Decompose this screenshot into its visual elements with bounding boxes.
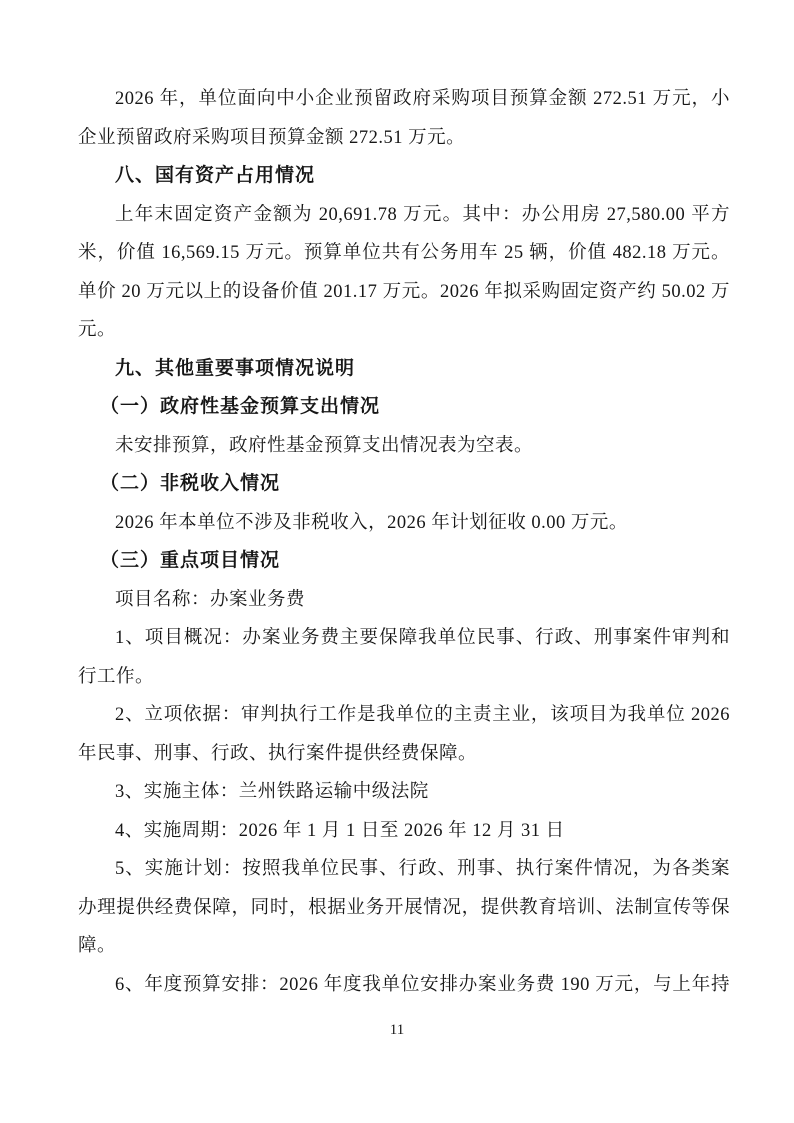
subheading-gov-fund-budget: （一）政府性基金预算支出情况: [78, 388, 730, 427]
section-heading-other-matters: 九、其他重要事项情况说明: [78, 350, 730, 389]
paragraph-line: 上年末固定资产金额为 20,691.78 万元。其中：办公用房 27,580.0…: [78, 196, 730, 235]
project-item-plan: 5、实施计划：按照我单位民事、行政、刑事、执行案件情况，为各类案件: [78, 850, 730, 889]
paragraph-line: 单价 20 万元以上的设备价值 201.17 万元。2026 年拟采购固定资产约…: [78, 273, 730, 312]
document-page: 2026 年，单位面向中小企业预留政府采购项目预算金额 272.51 万元，小微…: [0, 0, 794, 1123]
paragraph-line: 元。: [78, 311, 730, 350]
paragraph-line: 企业预留政府采购项目预算金额 272.51 万元。: [78, 119, 730, 158]
project-item-basis: 2、立项依据：审判执行工作是我单位的主责主业，该项目为我单位 2026: [78, 696, 730, 735]
project-name-line: 项目名称：办案业务费: [78, 581, 730, 620]
paragraph-line: 办理提供经费保障，同时，根据业务开展情况，提供教育培训、法制宣传等保: [78, 889, 730, 928]
paragraph-line: 2026 年，单位面向中小企业预留政府采购项目预算金额 272.51 万元，小微: [78, 80, 730, 119]
project-item-implementer: 3、实施主体：兰州铁路运输中级法院: [78, 773, 730, 812]
project-item-period: 4、实施周期：2026 年 1 月 1 日至 2026 年 12 月 31 日: [78, 812, 730, 851]
subheading-nontax-income: （二）非税收入情况: [78, 465, 730, 504]
paragraph-line: 行工作。: [78, 658, 730, 697]
paragraph-line: 未安排预算，政府性基金预算支出情况表为空表。: [78, 427, 730, 466]
paragraph-line: 年民事、刑事、行政、执行案件提供经费保障。: [78, 735, 730, 774]
document-body: 2026 年，单位面向中小企业预留政府采购项目预算金额 272.51 万元，小微…: [78, 80, 730, 1004]
page-number: 11: [0, 1022, 794, 1039]
paragraph-line: 米，价值 16,569.15 万元。预算单位共有公务用车 25 辆，价值 482…: [78, 234, 730, 273]
paragraph-line: 2026 年本单位不涉及非税收入，2026 年计划征收 0.00 万元。: [78, 504, 730, 543]
paragraph-line: 障。: [78, 927, 730, 966]
section-heading-state-assets: 八、国有资产占用情况: [78, 157, 730, 196]
subheading-key-projects: （三）重点项目情况: [78, 542, 730, 581]
project-item-annual-budget: 6、年度预算安排：2026 年度我单位安排办案业务费 190 万元，与上年持平。: [78, 966, 730, 1005]
project-item-overview: 1、项目概况：办案业务费主要保障我单位民事、行政、刑事案件审判和执: [78, 619, 730, 658]
